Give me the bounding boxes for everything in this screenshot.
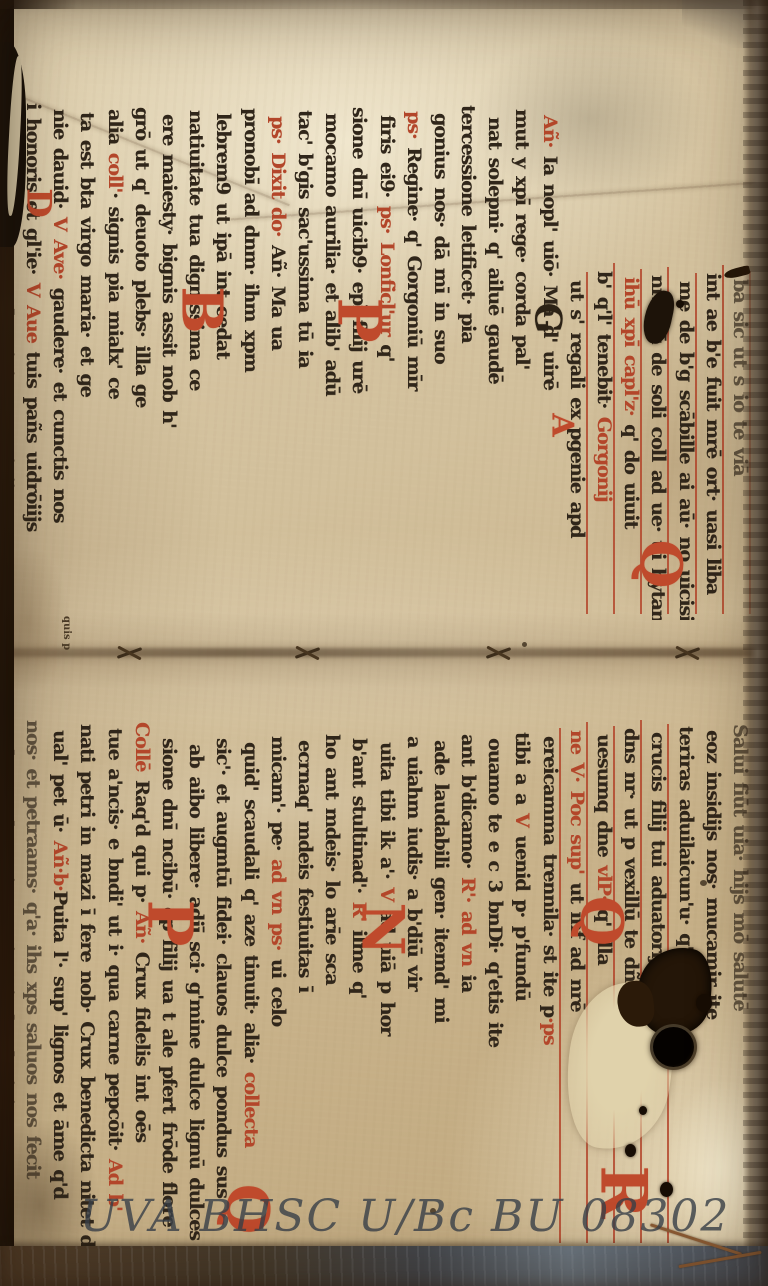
manuscript-line: b'ant stultinad'· R' ilme q' <box>345 714 372 1249</box>
worm-hole <box>639 1106 647 1115</box>
manuscript-line: sione dnī uicib9· epī filij urē <box>345 85 372 620</box>
ink-text: ta est bta virgo maria· et ge <box>77 112 99 397</box>
manuscript-line: sic'· et augmtū fidei· clauos dulce pond… <box>209 714 236 1249</box>
manuscript-line: nos· et petraams· q'a· ihs xps saluos no… <box>19 714 46 1249</box>
manuscript-line: uita tibi ik a'· V ad uiā p hor <box>372 714 399 1249</box>
manuscript-line: lebrem9 ut ipā int cedat <box>209 85 236 620</box>
manuscript-line: sione dnī ncibū· ep filij ua t ale pfert… <box>155 714 182 1249</box>
ink-text: alia <box>104 109 126 153</box>
manuscript-line: ere maiesty· bignis assit nob h' <box>155 85 182 620</box>
initial-letter-P: P <box>329 297 389 342</box>
ink-text: Raq'd qui p· <box>131 780 153 911</box>
initial-letter-B: B <box>174 286 230 333</box>
ruling-line <box>559 728 561 1243</box>
manuscript-line: alia coll'· signis pia mialx' ce <box>101 85 128 620</box>
rubric-text: ad vn ps· <box>267 859 289 950</box>
ink-text: grō ut q' deuoto plebs· illa ge <box>131 107 153 407</box>
manuscript-line: tue a'ncis· e bndi' ut i· qua carne pepc… <box>101 714 128 1249</box>
gutter-fold <box>0 612 768 718</box>
ruling-line <box>586 272 588 614</box>
ink-text: ouamo te e c 3 bnDi· q'etis ite <box>484 738 506 1047</box>
ink-text: uesumq dne <box>593 734 615 865</box>
manuscript-line: pronobī ad dnm· ihm xpm <box>236 85 263 620</box>
manuscript-line: tercessione letificet· pia <box>454 85 481 620</box>
manuscript-line: tac' b'gis sac'ussima tū ia <box>291 85 318 620</box>
manuscript-line: natiuitate tua dignissima ce <box>182 85 209 620</box>
manuscript-line: Añ· Ia nopl' uiō· Mā d' uirē <box>536 85 563 620</box>
manuscript-line: ta est bta virgo maria· et ge <box>73 85 100 620</box>
ink-text: uenid p· p'fundū <box>512 827 534 1001</box>
ink-text: natiuitate tua dignissima ce <box>185 110 207 390</box>
ink-text: Crux fidelis int oēs <box>131 943 153 1142</box>
manuscript-line: ereicamma trennila· st ite p·ps <box>536 714 563 1249</box>
worm-hole <box>625 1144 636 1157</box>
ink-text: tue a'ncis· e bndi' ut i· qua carne pepc… <box>104 728 126 1159</box>
ink-text: int ae b'e fuit mrē ort· uasi liba <box>702 273 724 594</box>
manuscript-line: micam'· pe· ad vn ps· ui celo <box>264 714 291 1249</box>
ink-text: micam'· pe· <box>267 736 289 859</box>
worm-hole <box>676 300 684 308</box>
rubric-text: Collē <box>131 722 153 780</box>
gutter-crease-line <box>0 648 768 657</box>
ink-text: ia <box>457 966 479 992</box>
ink-text: Añ· Ma ua <box>267 236 289 349</box>
manuscript-line: ab aibo libere· adiī sci· g'mine dulce l… <box>182 714 209 1249</box>
manuscript-line: nati petri in mazi ī fere nob· Crux bene… <box>73 714 100 1249</box>
manuscript-line: ecrnaq' mdeis festiuitas ī <box>291 714 318 1249</box>
manuscript-line: int ae b'e fuit mrē ort· uasi liba <box>699 85 726 620</box>
ink-text: pronobī ad dnm· ihm xpm <box>240 108 262 372</box>
manuscript-line: gonius nos· dā mī in suo <box>427 85 454 620</box>
manuscript-line: ouamo te e c 3 bnDi· q'etis ite <box>481 714 508 1249</box>
marginal-note: quis p <box>61 616 72 650</box>
ink-text: sione dnī ncibū· ep filij ua t ale pfert… <box>158 738 180 1227</box>
ink-text: Ia nopl' uiō· Mā d' uirē <box>539 147 561 390</box>
ink-text: b'ant stultinad'· <box>348 738 370 902</box>
ink-text: firis ei9· <box>376 115 398 206</box>
initial-letter-Q: Q <box>572 896 630 947</box>
ink-text: gonius nos· dā mī in suo <box>430 113 452 364</box>
rubric-text: ps· Dixit do· <box>267 116 289 236</box>
manuscript-line: mocamo aurilia· et alib' adū <box>318 85 345 620</box>
ink-text: uita tibi ik a'· <box>376 742 398 887</box>
ink-text: ut s' regali ex pgenie apd <box>566 280 588 537</box>
ink-text: q' do uiuit <box>620 416 642 529</box>
initial-letter-A: A <box>547 413 577 436</box>
rubric-text: ihū xpī capl'z· <box>620 277 642 416</box>
ink-text: ant b'dicamo· <box>457 734 479 877</box>
initial-letter-G: G <box>529 303 565 334</box>
rubric-text: Gorgonij <box>593 417 615 502</box>
manuscript-line: nat solepni· q' ailuē gaudē <box>481 85 508 620</box>
ink-text: ereicamma trennila· st ite p <box>539 736 561 1017</box>
ink-text: sione dnī uicib9· epī filij urē <box>348 107 370 393</box>
ink-speck <box>522 642 527 647</box>
manuscript-line: ho ant mdeis· lo arīe sca <box>318 714 345 1249</box>
manuscript-line: b' q'l' tenebit· Gorgonij <box>590 85 617 620</box>
initial-letter-P: P <box>138 900 200 947</box>
ink-text: quid' scaudali q' aze tinuit· alia· <box>240 742 262 1072</box>
manuscript-line: ant b'dicamo· R'· ad vn ia <box>454 714 481 1249</box>
parchment-tear-top-left <box>0 42 26 247</box>
ink-text: nat solepni· q' ailuē gaudē <box>484 117 506 384</box>
ruling-line <box>722 265 724 614</box>
rubric-text: ·ps <box>539 1017 561 1045</box>
initial-letter-Q: Q <box>632 540 688 589</box>
manuscript-line: firis ei9· ps· Lonficl'ur q' <box>372 85 399 620</box>
rubric-text: Añ· <box>539 115 561 147</box>
rubric-text: R'· ad vn <box>457 877 479 966</box>
manuscript-line: Collē Raq'd qui p· Añ· Crux fidelis int … <box>128 714 155 1249</box>
manuscript-line: ual' pet ū· Añ·b·Puita l'· sup' lignos e… <box>46 714 73 1249</box>
rubric-text: Añ·b· <box>49 841 71 891</box>
ink-text: · signis pia mialx' ce <box>104 192 126 398</box>
ink-text: tac' b'gis sac'ussima tū ia <box>294 110 316 368</box>
binding-edge-right <box>743 0 768 1286</box>
ink-text: crucis filij tui aduatorij <box>647 732 669 964</box>
rubric-text: ne V· Poc sup' <box>566 730 588 874</box>
ink-text: ecrnaq' mdeis festiuitas ī <box>294 740 316 992</box>
manuscript-line: grō ut q' deuoto plebs· illa ge <box>128 85 155 620</box>
worm-hole <box>696 994 712 1012</box>
worm-hole <box>650 1024 697 1070</box>
ink-text: sic'· et augmtū fidei· clauos dulce pond… <box>212 738 234 1198</box>
ink-text: Puita l'· sup' lignos et āme q'd <box>49 891 71 1199</box>
manuscript-line: nie dauid· V Ave· gaudere· et cunctis no… <box>46 85 73 620</box>
manuscript-line: mut y xpī rege· corda pal' <box>508 85 535 620</box>
ink-text: gaudere· et cunctis nos <box>49 279 71 522</box>
manuscript-line: ut s' regali ex pgenie apd <box>563 85 590 620</box>
initial-letter-D: D <box>22 188 56 217</box>
manuscript-line: quid' scaudali q' aze tinuit· alia· coll… <box>236 714 263 1249</box>
ink-text: ere maiesty· bignis assit nob h' <box>158 114 180 428</box>
rubric-text: V Ave· <box>49 217 71 279</box>
ink-text: ui celo <box>267 950 289 1026</box>
rubric-text: V <box>376 887 398 901</box>
ink-text: tuis pañs uidrōiijs <box>22 343 44 531</box>
ink-text: dns nr· ut p vexillū te dñe <box>620 728 642 993</box>
ink-text: ual' pet ū· <box>49 730 71 841</box>
rubric-text: V <box>512 813 534 827</box>
rubric-text: V Aue <box>22 283 44 343</box>
ruling-line <box>695 273 697 614</box>
ink-text: b' q'l' tenebit· <box>593 271 615 417</box>
ink-speck <box>700 880 707 886</box>
manuscript-line: ps· Dixit do· Añ· Ma ua <box>264 85 291 620</box>
shelfmark-watermark: UVA BHSC U/Bc BU 08302 <box>80 1191 730 1242</box>
manuscript-line: tibi a a V uenid p· p'fundū <box>508 714 535 1249</box>
ink-text: ho ant mdeis· lo arīe sca <box>321 734 343 985</box>
manuscript-photo: ba sic ut s io te viāint ae b'e fuit mrē… <box>0 0 768 1286</box>
manuscript-line: ps· Regine· q' Gorgoniū mīr <box>400 85 427 620</box>
ink-text: nati petri in mazi ī fere nob· Crux bene… <box>77 724 99 1249</box>
ink-text: tercessione letificet· pia <box>457 105 479 343</box>
ink-text: nos· et petraams· q'a· ihs xps saluos no… <box>22 720 44 1178</box>
ink-text: mocamo aurilia· et alib' adū <box>321 113 343 396</box>
manuscript-line: ade laudabili gen· itemd' mi <box>427 714 454 1249</box>
rubric-text: coll' <box>104 153 126 193</box>
initial-letter-N: N <box>354 902 412 955</box>
ink-text: tibi a a <box>512 732 534 813</box>
ink-text: ade laudabili gen· itemd' mi <box>430 740 452 1022</box>
rubric-text: ps· <box>403 111 425 139</box>
ink-text: Regine· q' Gorgoniū mīr <box>403 139 425 391</box>
rubric-text: collecta <box>240 1072 262 1147</box>
ink-text: ab aibo libere· adiī sci· g'mine dulce l… <box>185 744 207 1240</box>
binding-edge-bottom <box>0 1246 768 1286</box>
manuscript-line: a uiahm iudis· a b'diū vir <box>400 714 427 1249</box>
ruling-line <box>613 263 615 614</box>
binding-edge-top <box>0 0 768 9</box>
